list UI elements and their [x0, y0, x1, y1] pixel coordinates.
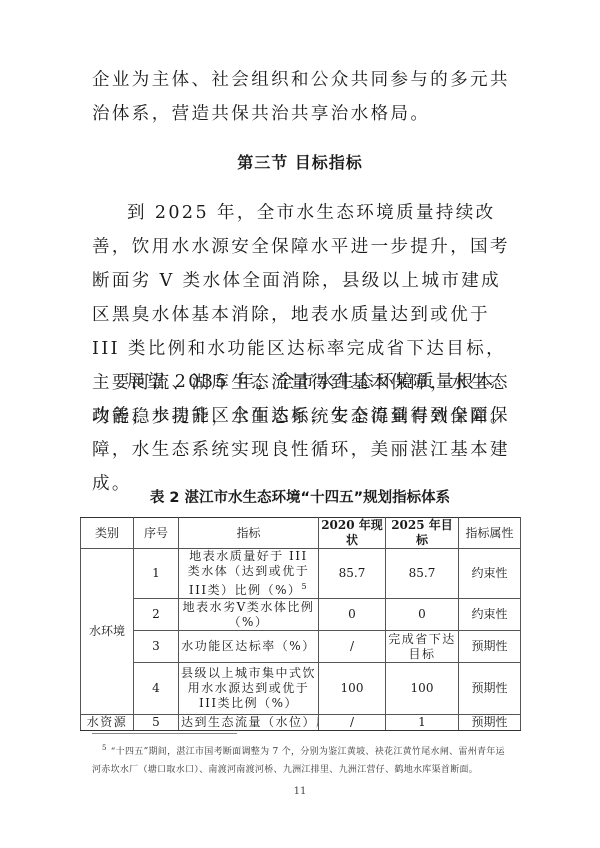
seq-cell: 1: [134, 549, 179, 599]
value-2020-cell: 0: [319, 599, 386, 631]
footnote-mark: 5: [102, 744, 107, 752]
table-row: 3 水功能区达标率（%） / 完成省下达目标 预期性: [81, 631, 521, 663]
page-number: 11: [0, 786, 600, 797]
table-row: 水环境 1 地表水质量好于 III 类水体（达到或优于III类）比例（%）5 8…: [81, 549, 521, 599]
value-2020-cell: /: [319, 631, 386, 663]
table-row: 2 地表水劣V类水体比例（%） 0 0 约束性: [81, 599, 521, 631]
header-indicator: 指标: [179, 518, 319, 549]
header-attribute: 指标属性: [459, 518, 521, 549]
header-seq: 序号: [134, 518, 179, 549]
value-2025-cell: 100: [386, 663, 459, 715]
table-header-row: 类别 序号 指标 2020 年现状 2025 年目标 指标属性: [81, 518, 521, 549]
value-2025-cell: 0: [386, 599, 459, 631]
indicator-cell: 县级以上城市集中式饮用水水源达到或优于III类比例（%）: [179, 663, 319, 715]
attribute-cell: 约束性: [459, 599, 521, 631]
table-caption: 表 2 湛江市水生态环境“十四五”规划指标体系: [0, 486, 600, 507]
header-2025: 2025 年目标: [386, 518, 459, 549]
indicator-cell: 地表水劣V类水体比例（%）: [179, 599, 319, 631]
header-2020: 2020 年现状: [319, 518, 386, 549]
table-row: 4 县级以上城市集中式饮用水水源达到或优于III类比例（%） 100 100 预…: [81, 663, 521, 715]
value-2025-cell: 完成省下达目标: [386, 631, 459, 663]
attribute-cell: 预期性: [459, 663, 521, 715]
seq-cell: 2: [134, 599, 179, 631]
footnote-divider: [92, 733, 237, 734]
value-2025-cell: 1: [386, 715, 459, 731]
paragraph-2035-outlook: 展望 2035 年，全市水生态环境质量根本改善，水功能区全面达标，生态流量得到全…: [92, 365, 512, 501]
footnote: 5“十四五”期间，湛江市国考断面调整为 7 个，分别为鉴江黄坡、袂花江黄竹尾水闸…: [92, 739, 512, 779]
indicator-cell: 地表水质量好于 III 类水体（达到或优于III类）比例（%）5: [179, 549, 319, 599]
seq-cell: 5: [134, 715, 179, 731]
category-cell: 水资源: [81, 715, 134, 731]
footnote-ref[interactable]: 5: [302, 582, 309, 591]
value-2020-cell: 100: [319, 663, 386, 715]
indicator-cell: 水功能区达标率（%）: [179, 631, 319, 663]
header-category: 类别: [81, 518, 134, 549]
footnote-text: “十四五”期间，湛江市国考断面调整为 7 个，分别为鉴江黄坡、袂花江黄竹尾水闸、…: [92, 747, 505, 775]
category-cell: 水环境: [81, 549, 134, 715]
value-2020-cell: 85.7: [319, 549, 386, 599]
value-2025-cell: 85.7: [386, 549, 459, 599]
paragraph-intro: 企业为主体、社会组织和公众共同参与的多元共治体系，营造共保共治共享治水格局。: [92, 63, 512, 131]
section-heading: 第三节 目标指标: [0, 150, 600, 173]
attribute-cell: 预期性: [459, 715, 521, 731]
attribute-cell: 预期性: [459, 631, 521, 663]
table-row: 水资源 5 达到生态流量（水位）底 / 1 预期性: [81, 715, 521, 731]
attribute-cell: 约束性: [459, 549, 521, 599]
indicator-table: 类别 序号 指标 2020 年现状 2025 年目标 指标属性 水环境 1 地表…: [80, 517, 521, 731]
seq-cell: 4: [134, 663, 179, 715]
indicator-cell: 达到生态流量（水位）底: [179, 715, 319, 731]
seq-cell: 3: [134, 631, 179, 663]
value-2020-cell: /: [319, 715, 386, 731]
